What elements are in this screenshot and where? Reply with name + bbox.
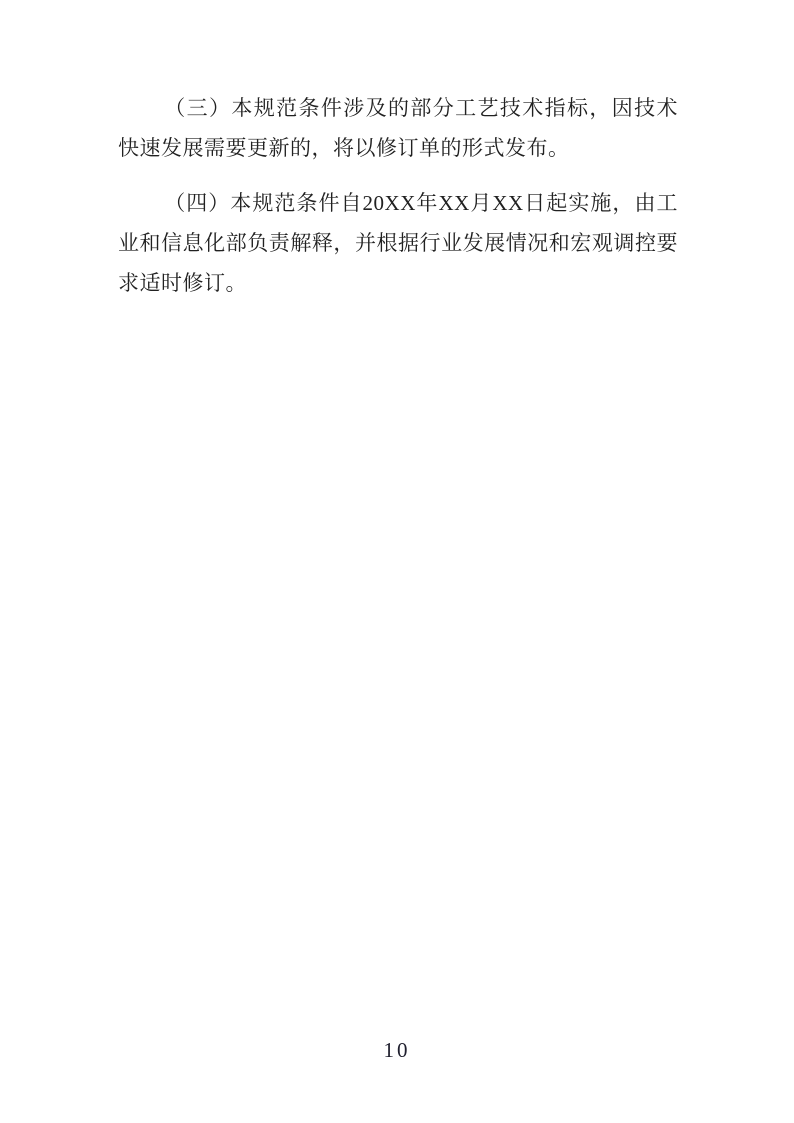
paragraph-item-3: （三）本规范条件涉及的部分工艺技术指标，因技术快速发展需要更新的，将以修订单的形… xyxy=(118,88,678,168)
document-body: （三）本规范条件涉及的部分工艺技术指标，因技术快速发展需要更新的，将以修订单的形… xyxy=(118,88,678,318)
page-number: 10 xyxy=(384,1038,411,1062)
paragraph-item-4: （四）本规范条件自20XX年XX月XX日起实施，由工业和信息化部负责解释，并根据… xyxy=(118,183,678,303)
document-page: （三）本规范条件涉及的部分工艺技术指标，因技术快速发展需要更新的，将以修订单的形… xyxy=(0,0,794,1123)
page-footer: 10 xyxy=(0,1038,794,1063)
